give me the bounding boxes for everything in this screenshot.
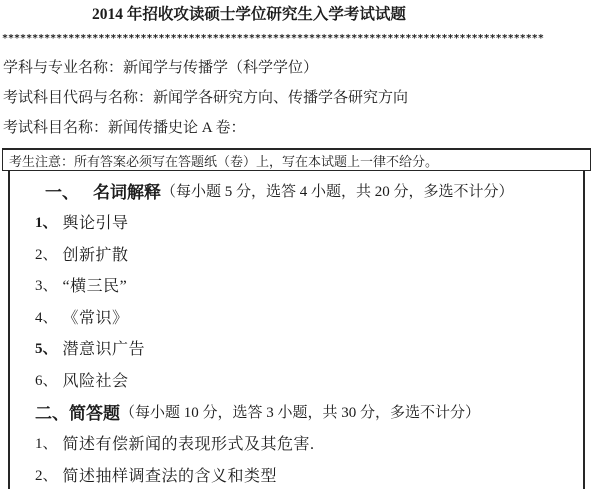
- item-text: “横三民”: [63, 273, 128, 296]
- notice-text: 考生注意：所有答案必须写在答题纸（卷）上，写在本试题上一律不给分。: [9, 151, 438, 170]
- question-item: 4、 《常识》: [10, 301, 583, 333]
- section-meta: （每小题 10 分，选答 3 小题，共 30 分，多选不计分）: [120, 401, 480, 422]
- item-text: 简述抽样调查法的含义和类型: [63, 463, 278, 486]
- item-text: 舆论引导: [63, 210, 129, 233]
- item-text: 潜意识广告: [63, 336, 146, 359]
- item-text: 风险社会: [63, 368, 129, 391]
- page-title: 2014 年招收攻读硕士学位研究生入学考试试题: [0, 5, 594, 25]
- item-text: 创新扩散: [63, 242, 129, 265]
- question-item: 1、 舆论引导: [10, 206, 583, 238]
- section-title: 简答题: [69, 399, 120, 424]
- item-number: 1、: [35, 211, 58, 232]
- item-number: 2、: [35, 243, 58, 264]
- notice-box: 考生注意：所有答案必须写在答题纸（卷）上，写在本试题上一律不给分。: [2, 148, 591, 171]
- question-item: 3、 “横三民”: [10, 269, 583, 301]
- info-line-paper: 考试科目名称：新闻传播史论 A 卷：: [3, 118, 594, 138]
- exam-paper-page: 2014 年招收攻读硕士学位研究生入学考试试题 ****************…: [0, 5, 594, 489]
- info-line-code: 考试科目代码与名称：新闻学各研究方向、传播学各研究方向: [3, 88, 594, 108]
- question-item: 6、 风险社会: [10, 364, 583, 396]
- item-number: 1、: [35, 432, 58, 453]
- exam-info-block: 学科与专业名称：新闻学与传播学（科学学位） 考试科目代码与名称：新闻学各研究方向…: [0, 58, 594, 138]
- question-item: 1、 简述有偿新闻的表现形式及其危害.: [10, 427, 583, 459]
- separator-line: ****************************************…: [2, 32, 562, 45]
- item-number: 3、: [35, 274, 58, 295]
- item-number: 6、: [35, 369, 58, 390]
- info-line-subject: 学科与专业名称：新闻学与传播学（科学学位）: [3, 58, 594, 78]
- question-item: 5、 潜意识广告: [10, 332, 583, 364]
- item-number: 5、: [35, 337, 58, 358]
- section-number: 二、: [35, 399, 69, 424]
- question-item: 2、 创新扩散: [10, 238, 583, 270]
- section-title: 名词解释: [93, 178, 161, 203]
- question-box: 一、 名词解释 （每小题 5 分，选答 4 小题，共 20 分，多选不计分） 1…: [8, 171, 585, 489]
- item-text: 《常识》: [63, 305, 129, 328]
- question-item: 2、 简述抽样调查法的含义和类型: [10, 459, 583, 489]
- item-text: 简述有偿新闻的表现形式及其危害.: [63, 431, 315, 454]
- section-2-heading: 二、 简答题 （每小题 10 分，选答 3 小题，共 30 分，多选不计分）: [10, 395, 583, 427]
- section-1-heading: 一、 名词解释 （每小题 5 分，选答 4 小题，共 20 分，多选不计分）: [10, 174, 583, 206]
- item-number: 2、: [35, 464, 58, 485]
- section-number: 一、: [45, 178, 79, 203]
- item-number: 4、: [35, 306, 58, 327]
- section-meta: （每小题 5 分，选答 4 小题，共 20 分，多选不计分）: [161, 180, 514, 201]
